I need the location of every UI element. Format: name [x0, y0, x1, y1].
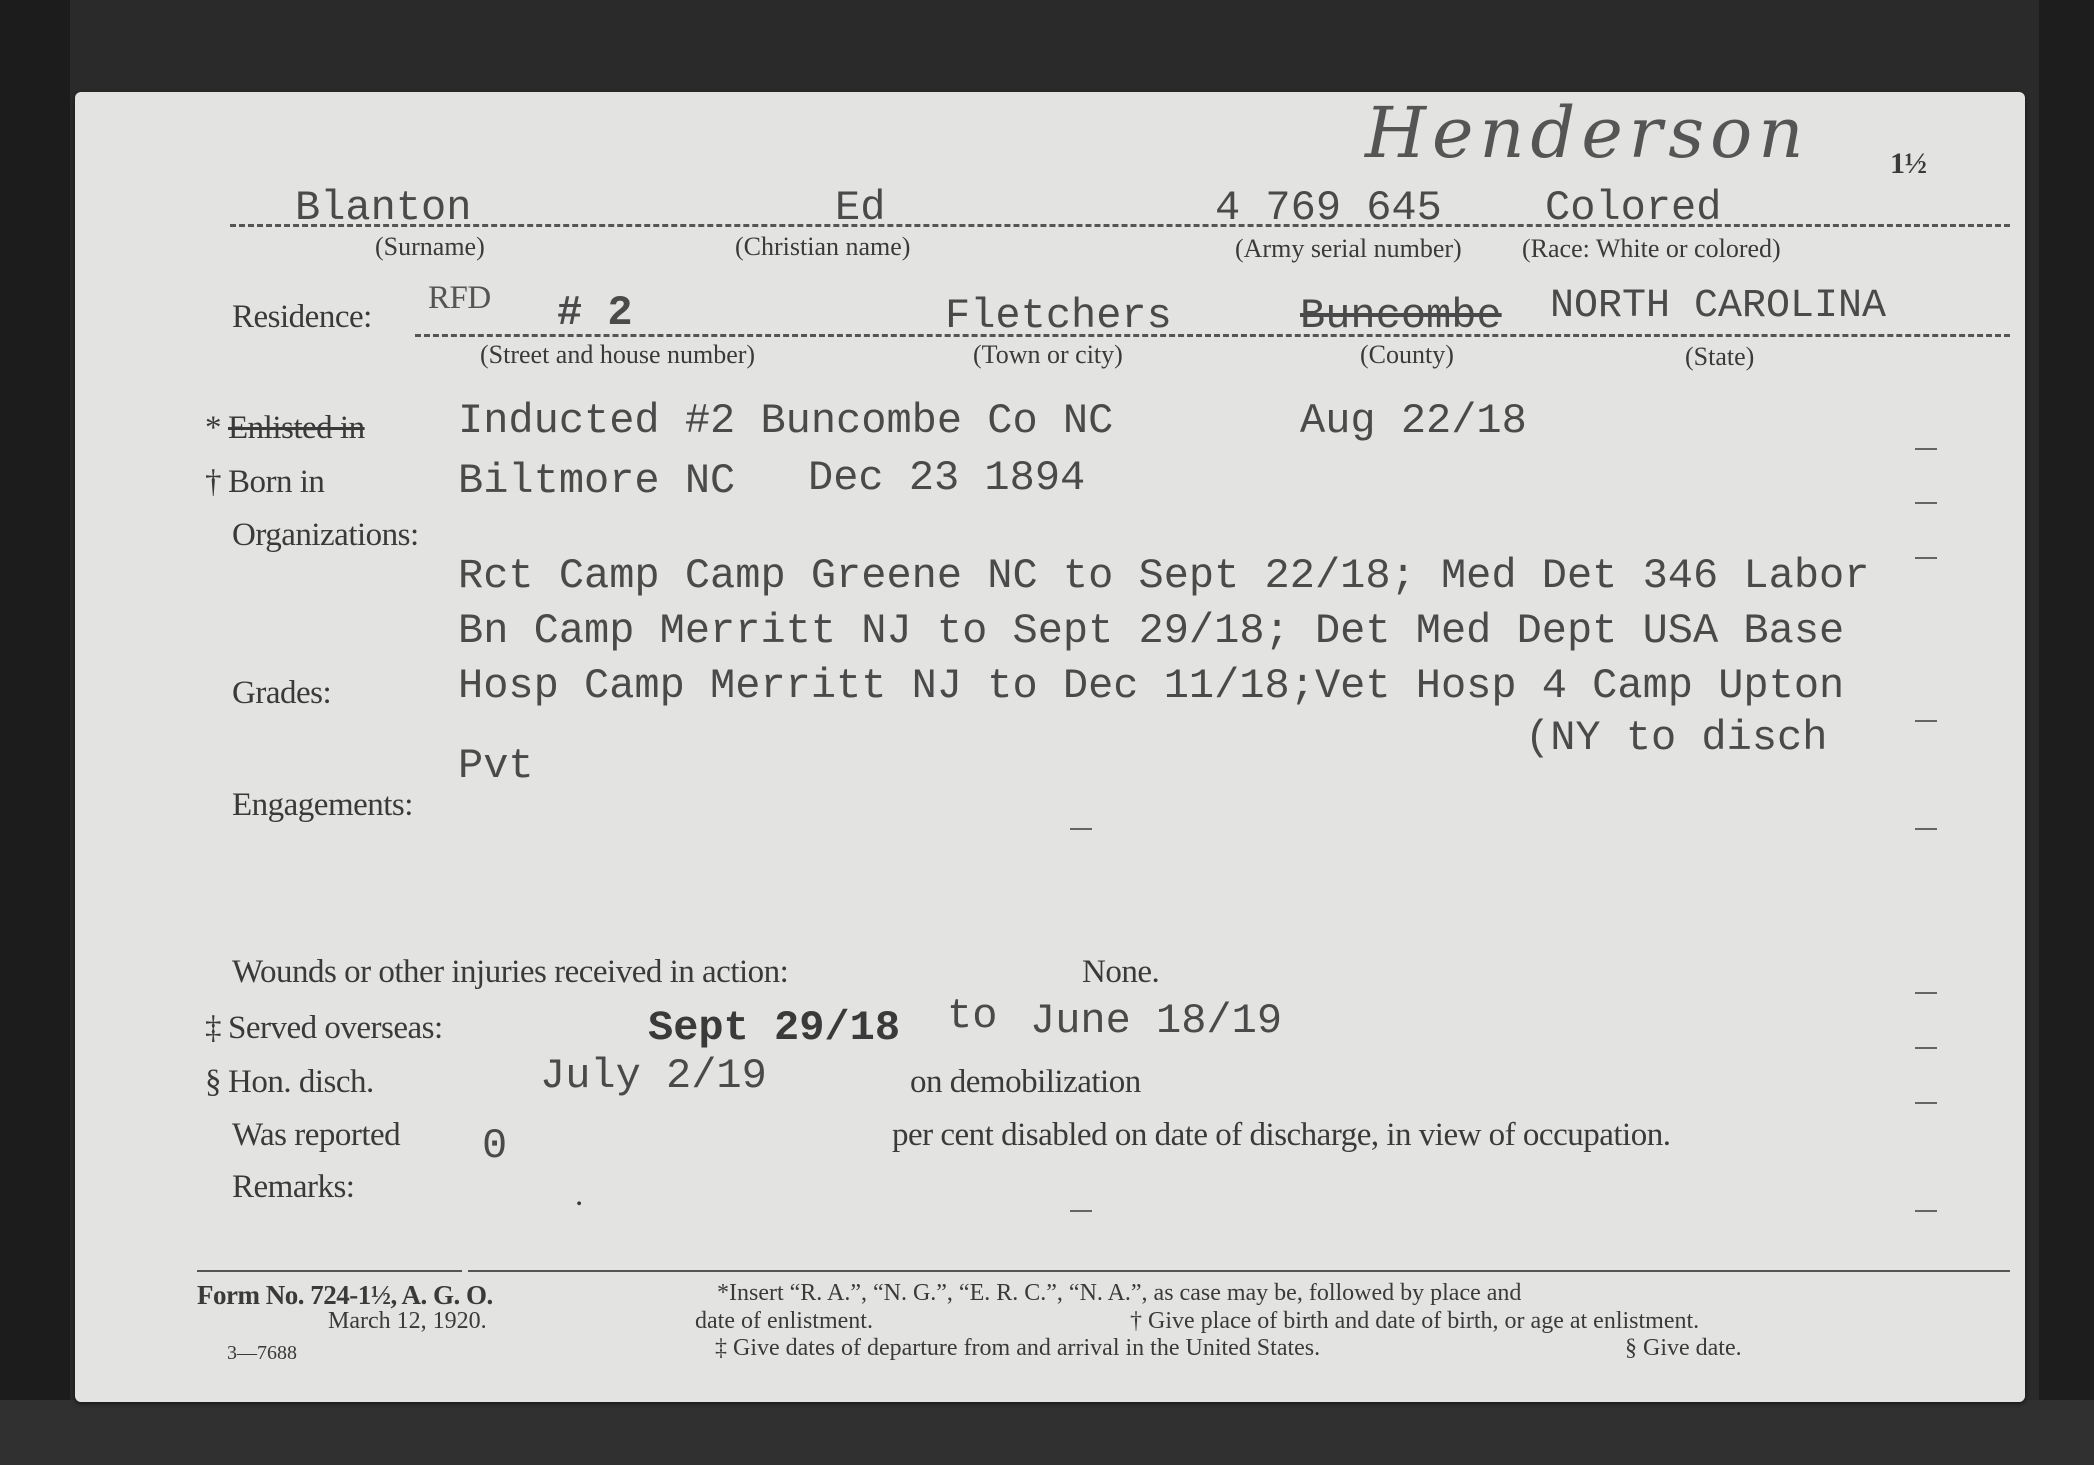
organizations-line-3: Hosp Camp Merritt NJ to Dec 11/18;Vet Ho… — [458, 662, 1844, 710]
hon-disch-mark: § — [205, 1064, 221, 1101]
remarks-label: Remarks: — [232, 1169, 354, 1206]
margin-tick — [1915, 1210, 1937, 1212]
enlisted-value: Inducted #2 Buncombe Co NC — [458, 397, 1113, 445]
served-overseas-from: Sept 29/18 — [648, 1004, 900, 1052]
organizations-line-2: Bn Camp Merritt NJ to Sept 29/18; Det Me… — [458, 607, 1844, 655]
engagements-label: Engagements: — [232, 787, 413, 824]
born-place: Biltmore NC — [458, 457, 735, 505]
margin-tick — [1915, 1102, 1937, 1104]
born-label: Born in — [228, 464, 324, 501]
town-label: (Town or city) — [973, 340, 1123, 370]
grades-label: Grades: — [232, 675, 331, 712]
form-number: Form No. 724-1½, A. G. O. — [197, 1280, 493, 1311]
remarks-value: . — [575, 1177, 583, 1214]
residence-house-number-value: # 2 — [557, 289, 633, 337]
hon-disch-date: July 2/19 — [540, 1052, 767, 1100]
form-date: March 12, 1920. — [328, 1308, 487, 1335]
disability-percent-value: 0 — [482, 1122, 507, 1170]
street-label: (Street and house number) — [480, 340, 755, 370]
service-record-card: Henderson 1½ Blanton Ed 4 769 645 Colore… — [75, 92, 2025, 1402]
race-label: (Race: White or colored) — [1522, 234, 1781, 264]
enlisted-label: Enlisted in — [228, 410, 365, 447]
organizations-label: Organizations: — [232, 517, 419, 554]
footer-note-1b: date of enlistment. — [695, 1308, 873, 1335]
margin-tick — [1070, 828, 1092, 830]
organizations-line-4: (NY to disch — [1525, 714, 1827, 762]
served-overseas-label: Served overseas: — [228, 1010, 443, 1047]
footer-note-1a: *Insert “R. A.”, “N. G.”, “E. R. C.”, “N… — [717, 1280, 1521, 1307]
wounds-label: Wounds or other injuries received in act… — [232, 954, 788, 991]
disability-suffix: per cent disabled on date of discharge, … — [892, 1117, 1670, 1154]
served-overseas-to: June 18/19 — [1030, 997, 1282, 1045]
margin-tick — [1915, 828, 1937, 830]
margin-tick — [1915, 557, 1937, 559]
margin-tick — [1915, 502, 1937, 504]
background-bottom — [0, 1400, 2094, 1465]
born-mark: † — [205, 464, 221, 501]
residence-label: Residence: — [232, 299, 372, 336]
footer-note-3: ‡ Give dates of departure from and arriv… — [715, 1335, 1320, 1362]
margin-tick — [1915, 992, 1937, 994]
residence-street-value: RFD — [428, 280, 491, 317]
served-overseas-mark: ‡ — [205, 1010, 221, 1047]
footer-note-2: † Give place of birth and date of birth,… — [1130, 1308, 1699, 1335]
state-label: (State) — [1685, 342, 1754, 372]
wounds-value: None. — [1082, 954, 1159, 991]
residence-town-value: Fletchers — [945, 292, 1172, 340]
organizations-line-1: Rct Camp Camp Greene NC to Sept 22/18; M… — [458, 552, 1869, 600]
header-dotted-line — [230, 224, 2010, 227]
footer-rule — [197, 1270, 462, 1272]
hon-disch-label: Hon. disch. — [228, 1064, 374, 1101]
form-fraction: 1½ — [1890, 147, 1927, 181]
margin-tick — [1915, 448, 1937, 450]
residence-county-value: Buncombe — [1300, 292, 1502, 340]
hon-disch-reason: on demobilization — [910, 1064, 1141, 1101]
county-label: (County) — [1360, 340, 1454, 370]
margin-tick — [1915, 720, 1937, 722]
footer-rule — [468, 1270, 2010, 1272]
enlisted-mark: * — [205, 410, 221, 447]
christian-name-label: (Christian name) — [735, 232, 910, 262]
served-overseas-to-word: to — [947, 992, 997, 1040]
footer-note-4: § Give date. — [1625, 1335, 1742, 1362]
print-code: 3—7688 — [227, 1342, 297, 1365]
surname-label: (Surname) — [375, 232, 485, 262]
serial-number-label: (Army serial number) — [1235, 234, 1462, 264]
background-right — [2039, 0, 2094, 1465]
born-date: Dec 23 1894 — [808, 454, 1085, 502]
handwritten-annotation: Henderson — [1365, 92, 1809, 174]
background-left — [0, 0, 70, 1465]
enlisted-date: Aug 22/18 — [1300, 397, 1527, 445]
residence-state-value: NORTH CAROLINA — [1550, 284, 1886, 329]
margin-tick — [1070, 1210, 1092, 1212]
was-reported-label: Was reported — [232, 1117, 400, 1154]
grades-value: Pvt — [458, 742, 534, 790]
residence-dotted-line — [415, 334, 2010, 337]
margin-tick — [1915, 1047, 1937, 1049]
